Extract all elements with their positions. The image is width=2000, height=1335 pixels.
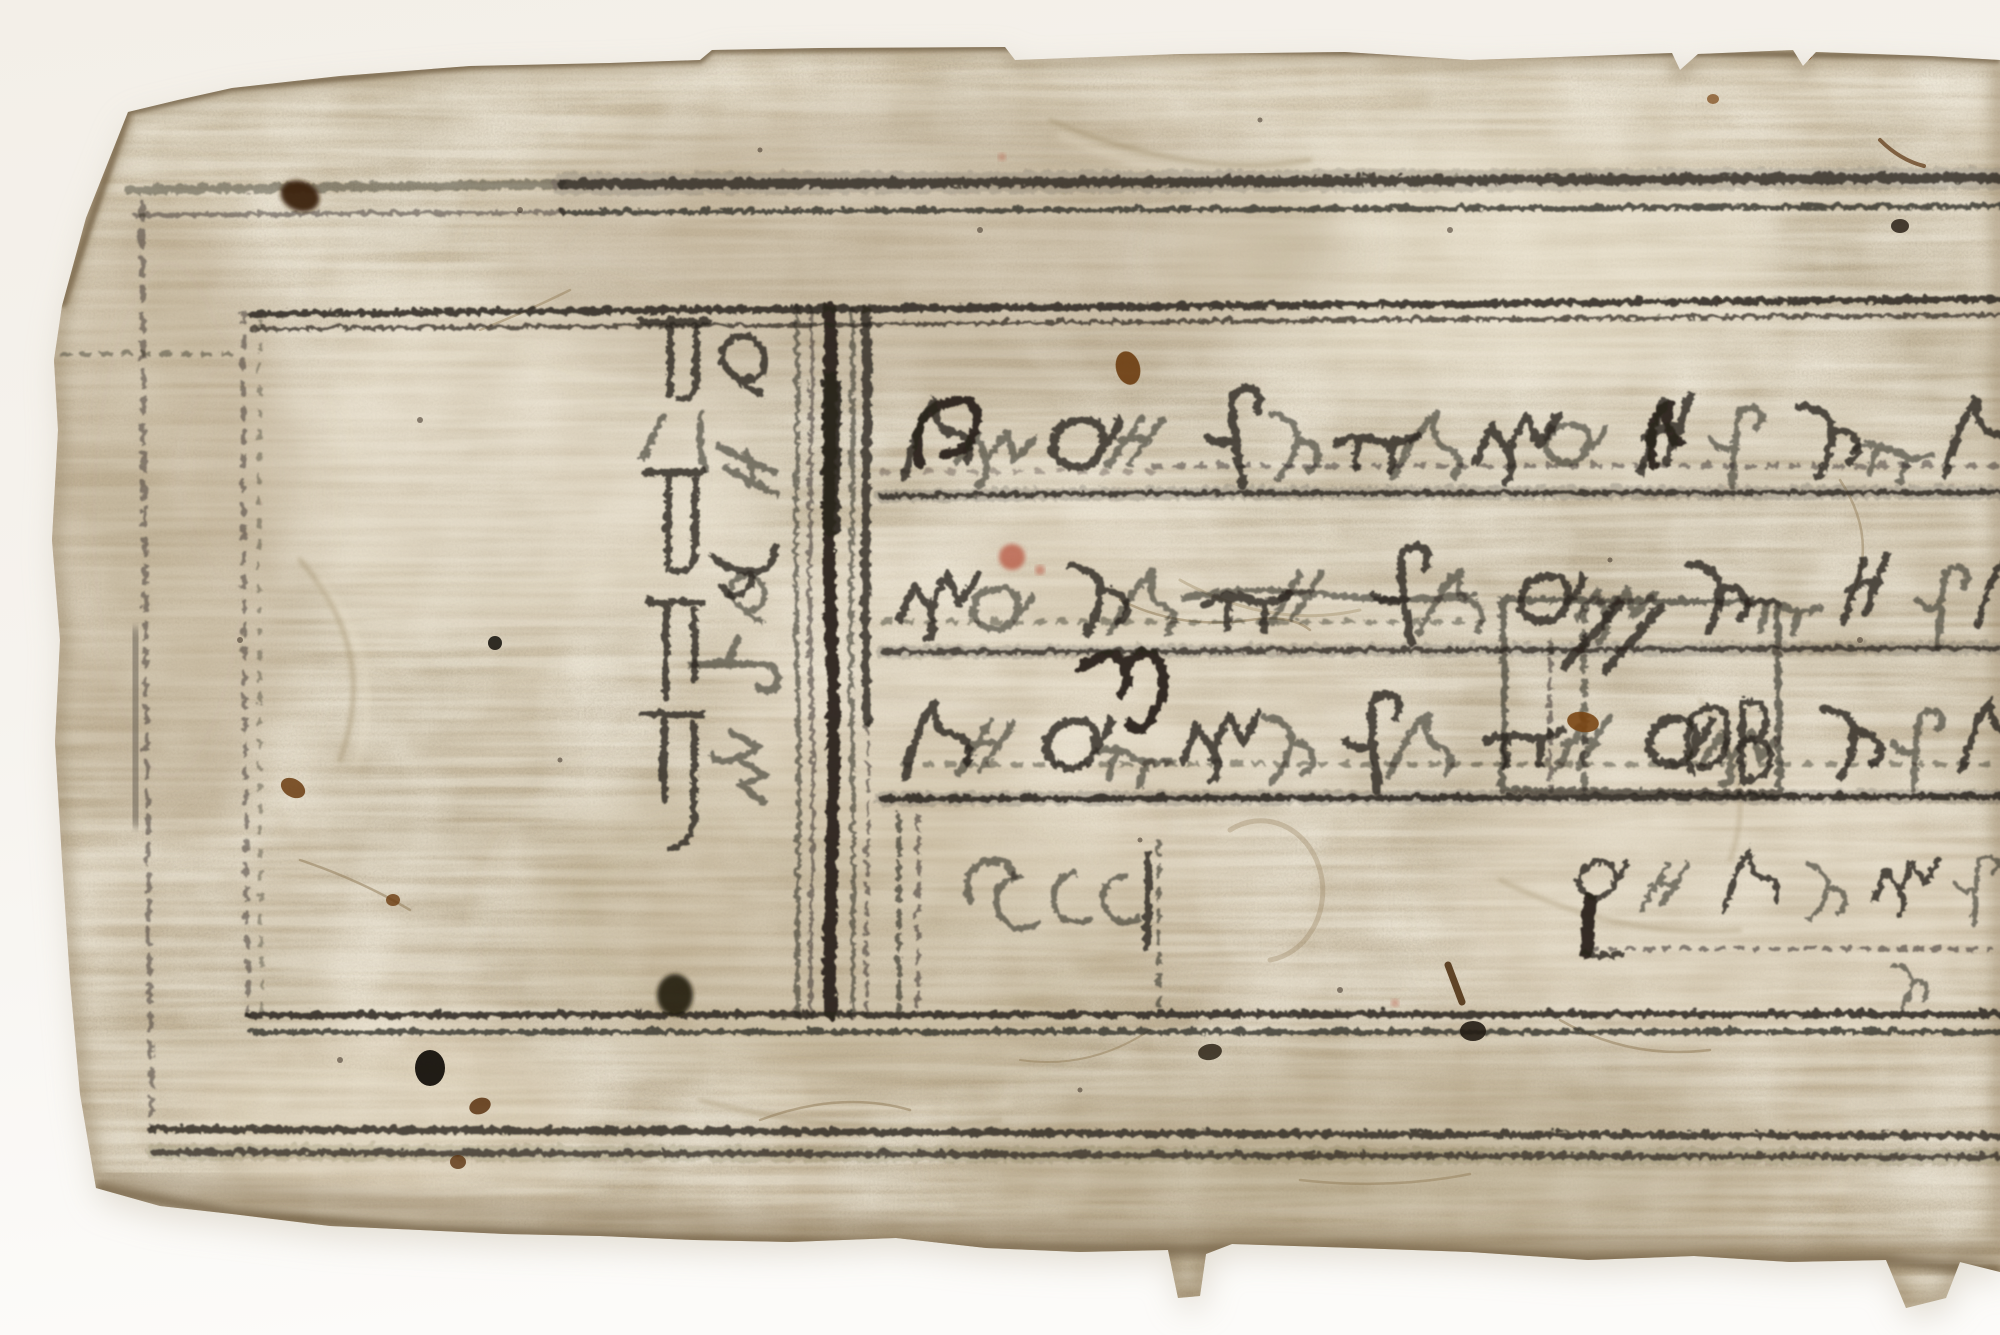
fiber-inclusion	[386, 894, 400, 906]
fiber-inclusion	[1891, 219, 1909, 233]
fiber-inclusion	[1707, 94, 1719, 104]
paper-sheet: handmade paper sheet with torn deckled e…	[0, 0, 2000, 1335]
fiber-inclusion	[657, 974, 693, 1016]
fiber-inclusion	[415, 1050, 445, 1086]
fiber-inclusion	[488, 636, 502, 650]
fiber-inclusion	[450, 1155, 466, 1169]
photo-canvas: Backlit photograph of a fragment of an a…	[0, 0, 2000, 1335]
fiber-inclusion	[1460, 1021, 1486, 1041]
